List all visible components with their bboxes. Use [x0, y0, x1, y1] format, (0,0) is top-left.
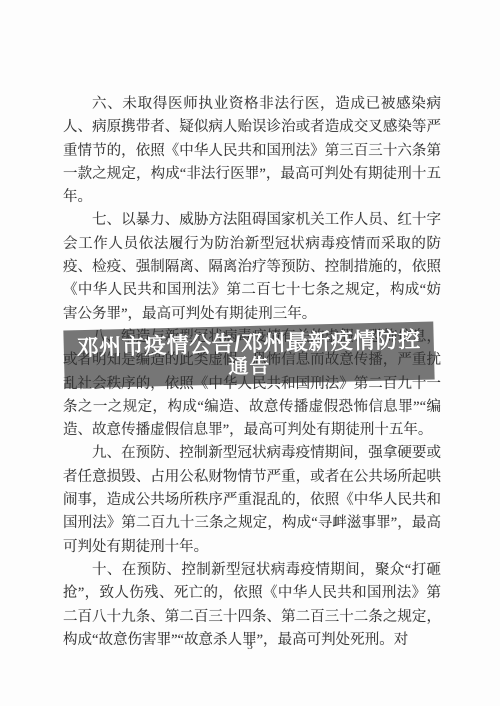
title-overlay-banner: 邓州市疫情公告/邓州最新疫情防控 通告 [63, 321, 434, 388]
scanned-document-page: 六、未取得医师执业资格非法行医，造成已被感染病人、病原携带者、疑似病人贻误诊治或… [0, 0, 500, 706]
overlay-title-line-2: 通告 [228, 355, 271, 378]
page-number: 3 [0, 640, 500, 652]
paragraph-6: 六、未取得医师执业资格非法行医，造成已被感染病人、病原携带者、疑似病人贻误诊治或… [63, 93, 441, 209]
paragraph-10: 十、在预防、控制新型冠状病毒疫情期间，聚众“打砸抢”，致人伤残、死亡的，依照《中… [63, 559, 441, 652]
paragraph-9: 九、在预防、控制新型冠状病毒疫情期间，强拿硬要或者任意损毁、占用公私财物情节严重… [63, 442, 441, 558]
paragraph-7: 七、以暴力、威胁方法阻碍国家机关工作人员、红十字会工作人员依法履行为防治新型冠状… [63, 209, 441, 325]
